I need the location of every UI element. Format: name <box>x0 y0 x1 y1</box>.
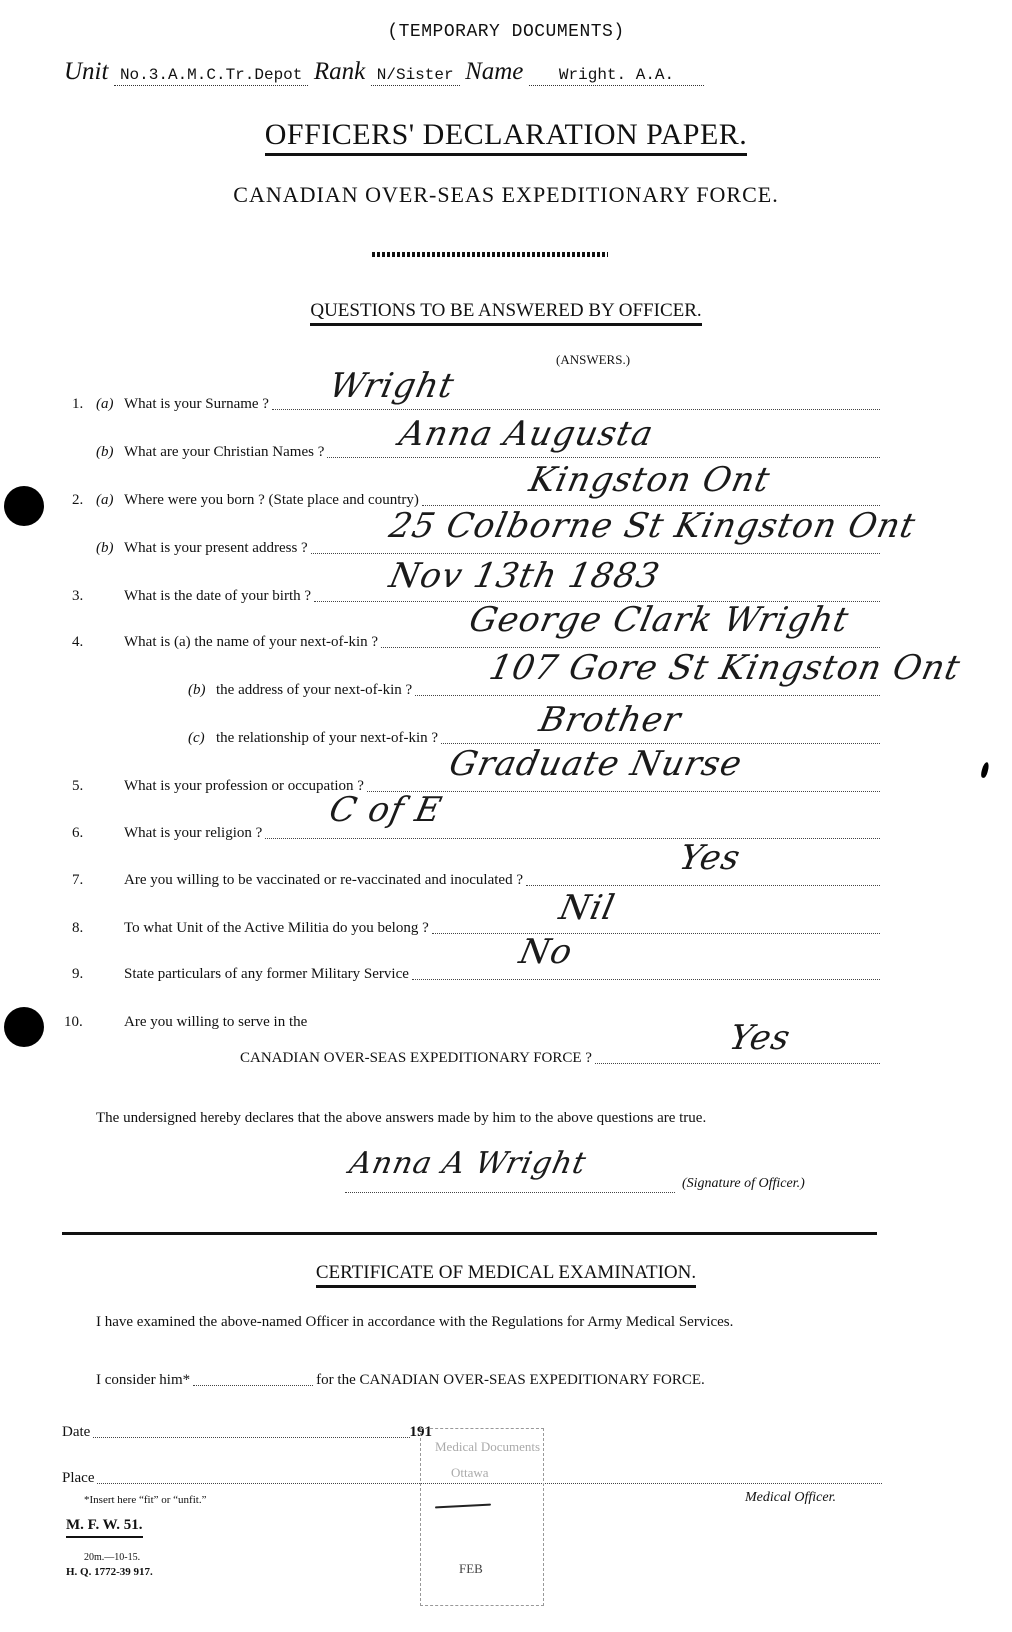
date-label: Date <box>62 1424 90 1441</box>
unit-value: No.3.A.M.C.Tr.Depot <box>114 66 308 86</box>
answer-field[interactable] <box>595 1062 880 1064</box>
temporary-documents-label: (TEMPORARY DOCUMENTS) <box>0 22 1012 42</box>
rank-label: Rank <box>314 58 365 85</box>
question-number: 5. <box>72 778 83 795</box>
answer-field[interactable] <box>415 694 880 696</box>
handwritten-answer: 25 Colborne St Kingston Ont <box>386 506 920 546</box>
section-rule <box>62 1232 877 1235</box>
answer-field[interactable] <box>265 837 880 839</box>
question-text: What is your Surname ? <box>124 396 269 413</box>
question-row: What is your religion ? <box>124 825 880 842</box>
question-number: 8. <box>72 920 83 937</box>
question-text: What is the date of your birth ? <box>124 588 311 605</box>
received-stamp: Medical Documents Ottawa FEB <box>420 1428 544 1606</box>
answer-field[interactable] <box>311 552 880 554</box>
question-number: 3. <box>72 588 83 605</box>
question-text: Are you willing to serve in the <box>124 1014 307 1031</box>
stamp-line-3: FEB <box>459 1561 483 1577</box>
question-number: 7. <box>72 872 83 889</box>
question-row: What is your Surname ? <box>124 396 880 413</box>
question-text: To what Unit of the Active Militia do yo… <box>124 920 429 937</box>
unit-rank-name-line: Unit No.3.A.M.C.Tr.Depot Rank N/Sister N… <box>64 58 704 86</box>
answer-field[interactable] <box>327 456 880 458</box>
answer-field[interactable] <box>526 884 880 886</box>
question-text: What is your religion ? <box>124 825 262 842</box>
print-info-2: H. Q. 1772-39 917. <box>66 1566 153 1578</box>
question-part: (a) <box>96 492 114 509</box>
medical-statement: I have examined the above-named Officer … <box>62 1314 852 1331</box>
declaration-text: The undersigned hereby declares that the… <box>62 1110 852 1127</box>
fit-field[interactable] <box>193 1385 313 1386</box>
unit-label: Unit <box>64 58 108 85</box>
rank-value: N/Sister <box>371 66 460 86</box>
handwritten-answer: Nov 13th 1883 <box>386 556 664 596</box>
question-text: Are you willing to be vaccinated or re-v… <box>124 872 523 889</box>
punch-hole <box>4 486 44 526</box>
medical-heading-text: CERTIFICATE OF MEDICAL EXAMINATION. <box>316 1262 696 1288</box>
question-number: 1. <box>72 396 83 413</box>
medical-heading: CERTIFICATE OF MEDICAL EXAMINATION. <box>0 1262 1012 1284</box>
print-info-1: 20m.—10-15. <box>84 1552 140 1563</box>
punch-hole <box>4 1007 44 1047</box>
date-line: Date 191 <box>62 1424 432 1441</box>
question-part: (c) <box>188 730 205 747</box>
question-text: What are your Christian Names ? <box>124 444 324 461</box>
question-number: 9. <box>72 966 83 983</box>
stamp-line-2: Ottawa <box>451 1465 489 1481</box>
answer-field[interactable] <box>432 932 880 934</box>
questions-heading-text: QUESTIONS TO BE ANSWERED BY OFFICER. <box>310 300 701 326</box>
question-number: 4. <box>72 634 83 651</box>
handwritten-answer: No <box>516 932 577 972</box>
handwritten-answer: C of E <box>326 790 446 830</box>
document-title: OFFICERS' DECLARATION PAPER. <box>0 118 1012 152</box>
handwritten-answer: 107 Gore St Kingston Ont <box>486 648 964 688</box>
handwritten-answer: Yes <box>676 838 745 878</box>
consider-line: I consider him* for the CANADIAN OVER-SE… <box>96 1372 881 1389</box>
question-row: To what Unit of the Active Militia do yo… <box>124 920 880 937</box>
handwritten-answer: Yes <box>726 1018 795 1058</box>
questions-heading: QUESTIONS TO BE ANSWERED BY OFFICER. <box>0 300 1012 322</box>
question-part: (b) <box>96 444 114 461</box>
place-label: Place <box>62 1470 94 1487</box>
handwritten-answer: George Clark Wright <box>466 600 853 640</box>
question-part: (b) <box>96 540 114 557</box>
stamp-dash <box>435 1504 491 1509</box>
document-subtitle: CANADIAN OVER-SEAS EXPEDITIONARY FORCE. <box>0 182 1012 208</box>
question-part: (b) <box>188 682 206 699</box>
fit-footnote: *Insert here “fit” or “unfit.” <box>84 1494 206 1506</box>
signature-caption: (Signature of Officer.) <box>682 1176 805 1192</box>
question-text: State particulars of any former Military… <box>124 966 409 983</box>
form-code: M. F. W. 51. <box>66 1517 143 1538</box>
handwritten-answer: Kingston Ont <box>526 460 774 500</box>
question-row: Are you willing to be vaccinated or re-v… <box>124 872 880 889</box>
handwritten-answer: Graduate Nurse <box>446 744 746 784</box>
medical-officer-label: Medical Officer. <box>745 1490 836 1506</box>
answer-field[interactable] <box>272 408 880 410</box>
handwritten-answer: Anna Augusta <box>396 414 657 454</box>
name-label: Name <box>465 58 523 85</box>
ornament-divider <box>372 252 608 257</box>
question-text: What is (a) the name of your next-of-kin… <box>124 634 378 651</box>
question-text: What is your profession or occupation ? <box>124 778 364 795</box>
stamp-line-1: Medical Documents <box>435 1439 540 1455</box>
question-number: 10. <box>64 1014 83 1031</box>
question-row: Are you willing to serve in the <box>124 1014 307 1031</box>
consider-suffix: for the CANADIAN OVER-SEAS EXPEDITIONARY… <box>316 1372 705 1389</box>
question-text: the address of your next-of-kin ? <box>216 682 412 699</box>
name-value: Wright. A.A. <box>529 66 704 86</box>
question-number: 6. <box>72 825 83 842</box>
question-text: What is your present address ? <box>124 540 308 557</box>
date-field[interactable] <box>93 1436 409 1438</box>
officer-signature: Anna A Wright <box>346 1146 589 1181</box>
question-part: (a) <box>96 396 114 413</box>
answer-field[interactable] <box>412 978 880 980</box>
consider-prefix: I consider him* <box>96 1372 190 1389</box>
handwritten-answer: Brother <box>536 700 685 740</box>
question-text: CANADIAN OVER-SEAS EXPEDITIONARY FORCE ? <box>240 1050 592 1067</box>
handwritten-answer: Wright <box>326 366 458 406</box>
answers-label: (ANSWERS.) <box>556 352 630 368</box>
ink-mark <box>980 761 990 778</box>
document-title-text: OFFICERS' DECLARATION PAPER. <box>265 118 748 156</box>
question-row: State particulars of any former Military… <box>124 966 880 983</box>
question-text: the relationship of your next-of-kin ? <box>216 730 438 747</box>
question-text: Where were you born ? (State place and c… <box>124 492 419 509</box>
question-number: 2. <box>72 492 83 509</box>
handwritten-answer: Nil <box>556 888 619 928</box>
